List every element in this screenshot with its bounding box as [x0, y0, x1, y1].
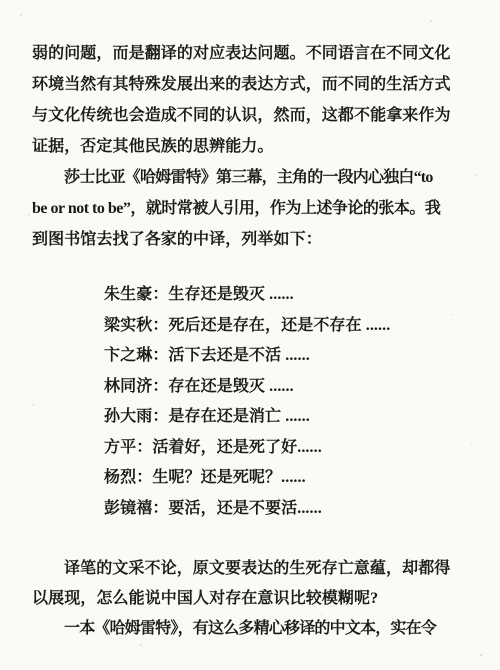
text-line: 一本《哈姆雷特》，有这么多精心移译的中文本，实在令 — [32, 614, 448, 644]
colon-separator: ： — [136, 469, 152, 486]
translator-name: 梁实秋 — [104, 317, 152, 334]
translator-name: 孙大雨 — [104, 408, 152, 425]
text-line: 译笔的文采不论，原文要表达的生死存亡意蕴，却都得 — [32, 554, 448, 584]
paragraph-3: 译笔的文采不论，原文要表达的生死存亡意蕴，却都得 以展现，怎么能说中国人对存在意… — [32, 554, 448, 614]
paragraph-2: 莎士比亚《哈姆雷特》第三幕，主角的一段内心独白“to be or not to … — [32, 162, 448, 255]
translator-name: 林同济 — [104, 378, 152, 395]
translator-name: 朱生豪 — [104, 286, 152, 303]
page-text: 弱的问题，而是翻译的对应表达问题。不同语言在不同文化 环境当然有其特殊发展出来的… — [32, 38, 448, 644]
text-line: 莎士比亚《哈姆雷特》第三幕，主角的一段内心独白“to — [32, 162, 448, 193]
translation-text: 活着好，还是死了好...... — [152, 439, 322, 456]
translation-text: 是存在还是消亡 ...... — [168, 408, 309, 425]
translation-item: 杨烈：生呢？还是死呢？...... — [32, 463, 448, 494]
colon-separator: ： — [152, 347, 168, 364]
translation-text: 生存还是毁灭 ...... — [168, 286, 293, 303]
text-line: 证据，否定其他民族的思辨能力。 — [32, 131, 448, 162]
colon-separator: ： — [152, 408, 168, 425]
paragraph-4: 一本《哈姆雷特》，有这么多精心移译的中文本，实在令 — [32, 614, 448, 644]
translation-item: 孙大雨：是存在还是消亡 ...... — [32, 402, 448, 433]
translator-name: 方平 — [104, 439, 136, 456]
colon-separator: ： — [152, 500, 168, 517]
translator-name: 杨烈 — [104, 469, 136, 486]
text-line: 环境当然有其特殊发展出来的表达方式，而不同的生活方式 — [32, 69, 448, 100]
translation-list: 朱生豪：生存还是毁灭 ...... 梁实秋：死后还是存在，还是不存在 .....… — [32, 280, 448, 524]
text-line: 弱的问题，而是翻译的对应表达问题。不同语言在不同文化 — [32, 38, 448, 69]
text-line: 到图书馆去找了各家的中译，列举如下： — [32, 224, 448, 255]
translation-item: 林同济：存在还是毁灭 ...... — [32, 372, 448, 403]
translation-text: 要活，还是不要活...... — [168, 500, 321, 517]
colon-separator: ： — [136, 439, 152, 456]
text-line: 与文化传统也会造成不同的认识，然而，这都不能拿来作为 — [32, 100, 448, 131]
translation-item: 彭镜禧：要活，还是不要活...... — [32, 494, 448, 525]
translation-text: 死后还是存在，还是不存在 ...... — [168, 317, 390, 334]
text-line: be or not to be”，就时常被人引用，作为上述争论的张本。我 — [32, 193, 448, 224]
translation-item: 朱生豪：生存还是毁灭 ...... — [32, 280, 448, 311]
colon-separator: ： — [152, 286, 168, 303]
translation-text: 活下去还是不活 ...... — [168, 347, 309, 364]
book-page: 弱的问题，而是翻译的对应表达问题。不同语言在不同文化 环境当然有其特殊发展出来的… — [0, 0, 500, 670]
scan-noise — [20, 14, 22, 16]
translation-text: 存在还是毁灭 ...... — [168, 378, 293, 395]
translation-item: 方平：活着好，还是死了好...... — [32, 433, 448, 464]
colon-separator: ： — [152, 317, 168, 334]
translation-item: 梁实秋：死后还是存在，还是不存在 ...... — [32, 311, 448, 342]
translator-name: 卞之琳 — [104, 347, 152, 364]
translation-item: 卞之琳：活下去还是不活 ...... — [32, 341, 448, 372]
translator-name: 彭镜禧 — [104, 500, 152, 517]
translation-text: 生呢？还是死呢？...... — [152, 469, 305, 486]
text-line: 以展现，怎么能说中国人对存在意识比较模糊呢? — [32, 584, 448, 614]
paragraph-1: 弱的问题，而是翻译的对应表达问题。不同语言在不同文化 环境当然有其特殊发展出来的… — [32, 38, 448, 162]
colon-separator: ： — [152, 378, 168, 395]
